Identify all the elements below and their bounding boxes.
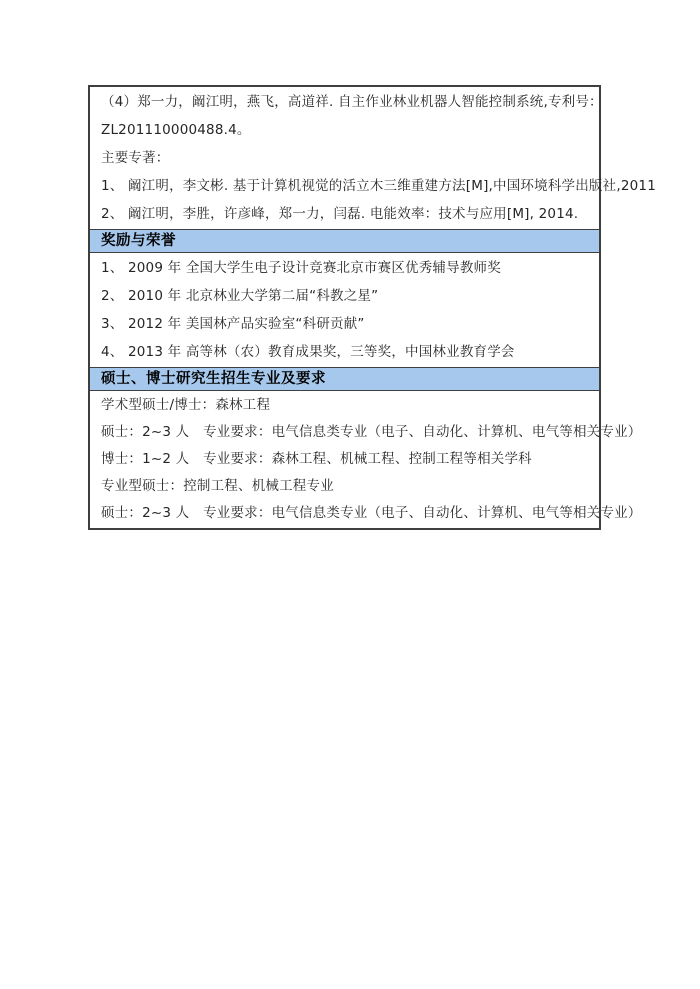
publication-line: 2、 阚江明，李胜，许彦峰，郑一力，闫磊. 电能效率：技术与应用[M], 201… <box>101 200 590 228</box>
profile-table: （4）郑一力，阚江明，燕飞，高道祥. 自主作业林业机器人智能控制系统,专利号： … <box>88 85 601 530</box>
admissions-line: 博士：1~2 人 专业要求：森林工程、机械工程、控制工程等相关学科 <box>101 446 590 473</box>
awards-cell: 1、 2009 年 全国大学生电子设计竞赛北京市赛区优秀辅导教师奖 2、 201… <box>90 253 599 367</box>
publication-line: （4）郑一力，阚江明，燕飞，高道祥. 自主作业林业机器人智能控制系统,专利号： <box>101 88 590 116</box>
document-page: （4）郑一力，阚江明，燕飞，高道祥. 自主作业林业机器人智能控制系统,专利号： … <box>0 0 700 989</box>
awards-section-header: 奖励与荣誉 <box>90 229 599 253</box>
award-item: 2、 2010 年 北京林业大学第二届“科教之星” <box>101 282 590 310</box>
admissions-line: 学术型硕士/博士：森林工程 <box>101 392 590 419</box>
award-item: 1、 2009 年 全国大学生电子设计竞赛北京市赛区优秀辅导教师奖 <box>101 254 590 282</box>
admissions-line: 专业型硕士：控制工程、机械工程专业 <box>101 473 590 500</box>
admissions-section-header: 硕士、博士研究生招生专业及要求 <box>90 367 599 391</box>
publication-line: ZL201110000488.4。 <box>101 116 590 144</box>
publication-line: 1、 阚江明，李文彬. 基于计算机视觉的活立木三维重建方法[M],中国环境科学出… <box>101 172 590 200</box>
award-item: 3、 2012 年 美国林产品实验室“科研贡献” <box>101 310 590 338</box>
admissions-line: 硕士：2~3 人 专业要求：电气信息类专业（电子、自动化、计算机、电气等相关专业… <box>101 500 590 527</box>
admissions-cell: 学术型硕士/博士：森林工程 硕士：2~3 人 专业要求：电气信息类专业（电子、自… <box>90 391 599 528</box>
publication-line: 主要专著： <box>101 144 590 172</box>
award-item: 4、 2013 年 高等林（农）教育成果奖，三等奖，中国林业教育学会 <box>101 338 590 366</box>
admissions-line: 硕士：2~3 人 专业要求：电气信息类专业（电子、自动化、计算机、电气等相关专业… <box>101 419 590 446</box>
publications-cell: （4）郑一力，阚江明，燕飞，高道祥. 自主作业林业机器人智能控制系统,专利号： … <box>90 87 599 229</box>
